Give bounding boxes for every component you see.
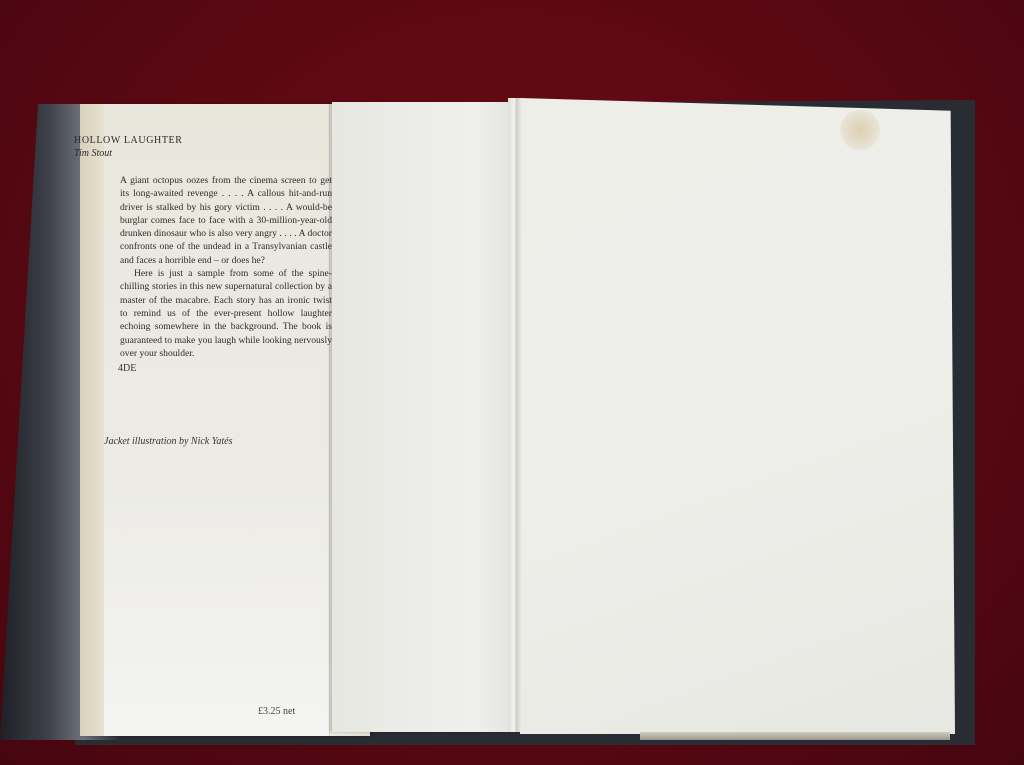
book-gutter (508, 98, 522, 732)
page-edges (640, 732, 950, 740)
foxing-stain (840, 110, 880, 150)
jacket-blurb: A giant octopus oozes from the cinema sc… (120, 174, 332, 360)
left-endpaper (332, 102, 512, 732)
illustration-credit: Jacket illustration by Nick Yatés (104, 436, 233, 447)
flap-edge (80, 104, 104, 736)
book-author: Tim Stout (74, 148, 112, 159)
blurb-paragraph-2: Here is just a sample from some of the s… (120, 267, 332, 360)
price-label: £3.25 net (258, 706, 295, 717)
blurb-paragraph-1: A giant octopus oozes from the cinema sc… (120, 174, 332, 267)
book-title: HOLLOW LAUGHTER (74, 135, 183, 146)
jacket-code: 4DE (118, 363, 136, 374)
right-page (520, 98, 955, 734)
